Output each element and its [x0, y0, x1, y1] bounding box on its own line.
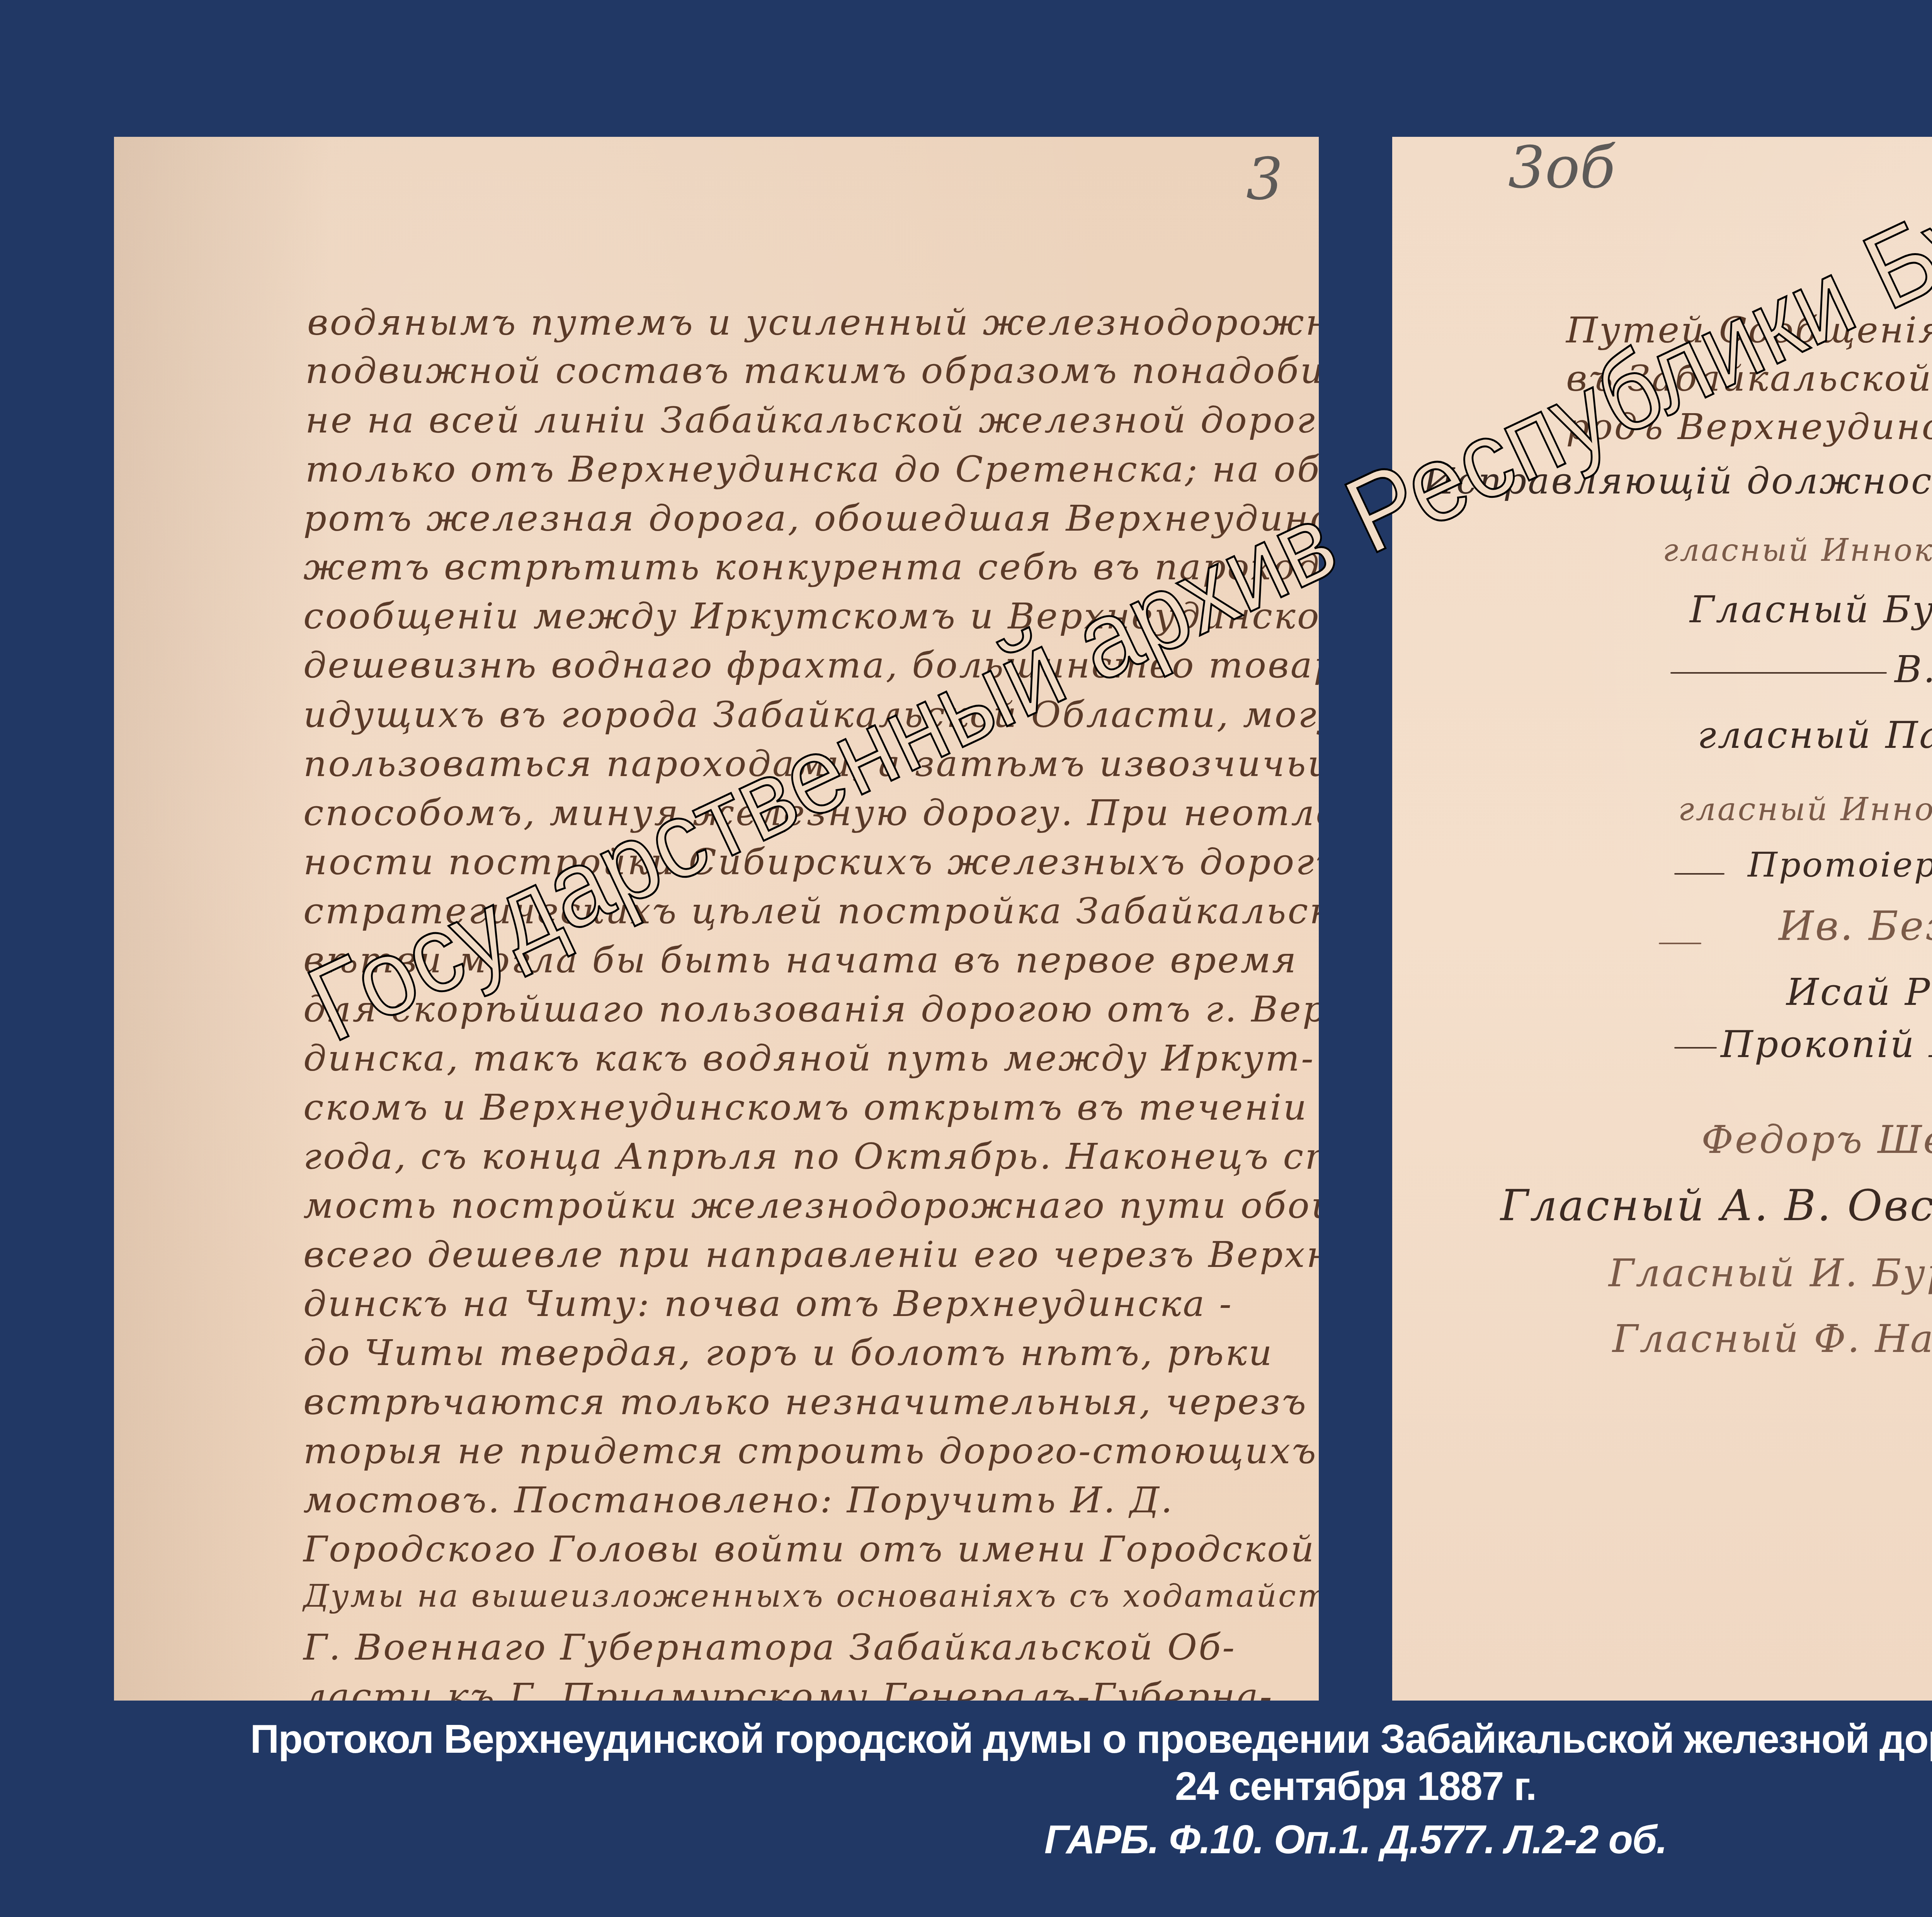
handwritten-line: динска, такъ какъ водяной путь между Ирк… — [303, 1041, 1315, 1076]
signature-line: Гласный А. В. Овсянкинъ — [1500, 1184, 1932, 1227]
signature-line: Федоръ Шевлашниковъ — [1701, 1120, 1932, 1159]
handwritten-line: динскъ на Читу: почва отъ Верхнеудинска … — [303, 1286, 1233, 1322]
handwritten-line: для скорѣйшаго пользованiя дорогою отъ г… — [303, 992, 1319, 1027]
handwritten-line: родъ Верхнеудинскъ — [1566, 409, 1932, 445]
handwritten-line: Думы на вышеизложенныхъ основанiяхъ съ х… — [303, 1581, 1319, 1612]
caption-title: Протокол Верхнеудинской городской думы о… — [0, 1719, 1932, 1759]
document-page-left: 3 водянымъ путемъ и усиленный железнодор… — [114, 137, 1319, 1701]
handwritten-line: способомъ, минуя железную дорогу. При не… — [303, 795, 1319, 831]
handwritten-line: Путей Сообщенiя о проведенiи имѣющейся с… — [1566, 313, 1932, 348]
signature-line: Протоiерей А. Лавровскiй — [1748, 848, 1932, 882]
handwritten-line: до Читы твердая, горъ и болотъ нѣтъ, рѣк… — [303, 1335, 1274, 1371]
handwritten-line: ласти къ Г. Приамурскому Генералъ-Губерн… — [303, 1679, 1274, 1701]
handwritten-line: подвижной составъ такимъ образомъ понадо… — [305, 353, 1319, 389]
handwritten-line: ности постройки Сибирскихъ железныхъ дор… — [303, 844, 1319, 880]
signature-dash — [1659, 943, 1701, 944]
signature-line: Исправляющiй должность Городского Головы… — [1423, 463, 1932, 500]
document-page-right: 3об Путей Сообщенiя о проведенiи имѣющей… — [1392, 137, 1932, 1701]
handwritten-line: всего дешевле при направленiи его черезъ… — [303, 1237, 1319, 1273]
handwritten-line: стратегическихъ цѣлей постройка Забайкал… — [303, 894, 1319, 929]
signature-dash — [1670, 672, 1887, 674]
handwritten-line: не на всей линiи Забайкальской железной … — [305, 403, 1319, 438]
handwritten-line: мость постройки железнодорожнаго пути об… — [303, 1188, 1319, 1224]
signature-line: гласный Павелъ Овчинниковъ — [1697, 717, 1932, 754]
signature-line: гласный Иннокентiй Мещериковъ — [1678, 794, 1932, 826]
handwritten-line: встрѣчаются только незначительныя, через… — [303, 1384, 1319, 1420]
signature-line: Исай Родиничъ — [1786, 974, 1932, 1011]
handwritten-line: водянымъ путемъ и усиленный железнодорож… — [307, 305, 1319, 340]
signature-line: гласный Иннокентiй Старковъ — [1663, 535, 1932, 566]
handwritten-line: Городского Головы войти отъ имени Городс… — [303, 1532, 1315, 1567]
caption-archive-reference: ГАРБ. Ф.10. Оп.1. Д.577. Л.2-2 об. — [0, 1820, 1932, 1860]
handwritten-line: скомъ и Верхнеудинскомъ открытъ въ течен… — [303, 1090, 1319, 1125]
handwritten-line: вѣтви могла бы быть начата въ первое вре… — [303, 943, 1298, 978]
signature-dash — [1674, 873, 1725, 875]
handwritten-line: идущихъ въ города Забайкальской Области,… — [303, 697, 1319, 733]
handwritten-line: года, съ конца Апрѣля по Октябрь. Наконе… — [303, 1139, 1319, 1175]
handwritten-line: ротъ железная дорога, обошедшая Верхнеуд… — [303, 501, 1319, 536]
signature-dash — [1674, 1047, 1717, 1049]
handwritten-line: жетъ встрѣтить конкурента себѣ въ парохо… — [303, 550, 1319, 585]
signature-line: Гласный Ф. Наминов — [1612, 1319, 1932, 1358]
caption-date: 24 сентября 1887 г. — [0, 1766, 1932, 1806]
handwritten-line: сообщенiи между Иркутскомъ и Верхнеудинс… — [303, 599, 1319, 634]
handwritten-line: мостовъ. Постановлено: Поручить И. Д. — [303, 1483, 1174, 1518]
signature-line: Прокопiй Бурдуковскiй — [1721, 1026, 1932, 1063]
handwritten-line: Г. Военнаго Губернатора Забайкальской Об… — [303, 1630, 1236, 1665]
folio-number: 3об — [1508, 139, 1615, 197]
handwritten-line: пользоваться пароходами, а затѣмъ извозч… — [303, 746, 1319, 782]
handwritten-line: только отъ Верхнеудинска до Сретенска; н… — [305, 452, 1319, 487]
signature-line: Гласный И. Бурдуковъ — [1609, 1254, 1932, 1292]
signature-line: Гласный Буда Бернович — [1690, 591, 1932, 628]
folio-number: 3 — [1246, 150, 1283, 208]
handwritten-line: торыя не придется строить дорого-стоющих… — [303, 1433, 1319, 1469]
handwritten-line: дешевизнѣ воднаго фрахта, большинство то… — [303, 648, 1319, 683]
handwritten-line: въ Забайкальской Области железной дороги… — [1566, 361, 1932, 397]
signature-line: Ив. Безбородовъ — [1779, 906, 1932, 946]
signature-line: В. Кузнецовъ — [1895, 651, 1932, 688]
